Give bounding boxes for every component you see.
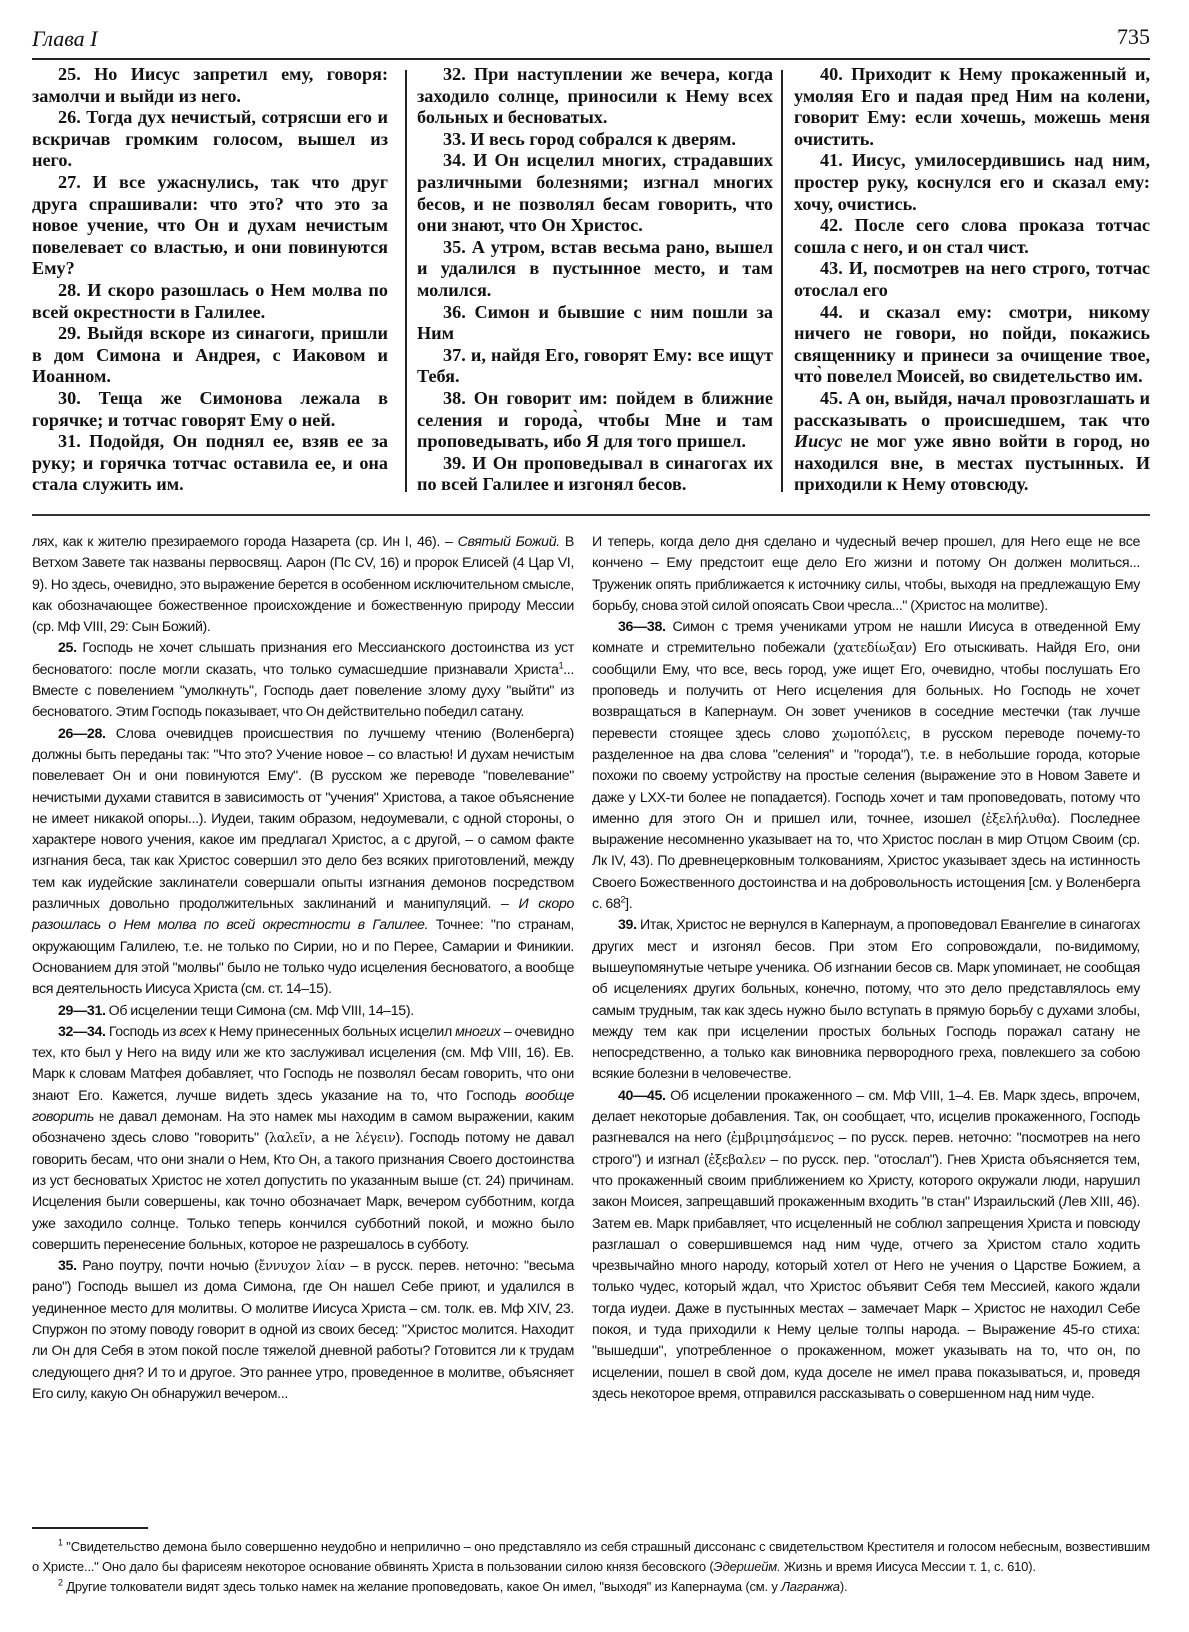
verse: 30. Теща же Симонова лежала в горячке; и… <box>32 388 388 431</box>
commentary-paragraph: 40—45. Об исцелении прокаженного – см. М… <box>592 1086 1140 1405</box>
footnote-rule <box>32 1527 148 1529</box>
scripture-text: 25. Но Иисус запретил ему, говоря: замол… <box>32 64 1150 496</box>
verse: 35. А утром, встав весьма рано, вышел и … <box>417 237 773 302</box>
commentary-paragraph: лях, как к жителю презираемого города На… <box>32 532 574 638</box>
running-header: Глава I 735 <box>32 22 1150 58</box>
commentary-paragraph: 32—34. Господь из всех к Нему принесенны… <box>32 1022 574 1256</box>
verse: 28. И скоро разошлась о Нем молва по все… <box>32 280 388 323</box>
verse: 40. Приходит к Нему прокаженный и, умоля… <box>794 64 1150 150</box>
commentary-paragraph: 35. Рано поутру, почти ночью (ἔννυχον λί… <box>32 1256 574 1405</box>
footnotes: 1 "Свидетельство демона было совершенно … <box>32 1537 1150 1597</box>
verse: 34. И Он исцелил многих, страдавших разл… <box>417 150 773 236</box>
commentary-paragraph: 29—31. Об исцелении тещи Симона (см. Мф … <box>32 1001 574 1022</box>
verse: 25. Но Иисус запретил ему, говоря: замол… <box>32 64 388 107</box>
verse: 32. При наступлении же вечера, когда зах… <box>417 64 773 129</box>
page-number: 735 <box>1117 24 1150 50</box>
commentary-column-right: И теперь, когда дело дня сделано и чудес… <box>592 532 1140 1405</box>
commentary-paragraph: 25. Господь не хочет слышать признания е… <box>32 638 574 723</box>
scripture-column-1: 25. Но Иисус запретил ему, говоря: замол… <box>32 64 388 496</box>
commentary-paragraph: 36—38. Симон с тремя учениками утром не … <box>592 617 1140 915</box>
verse: 44. и сказал ему: смотри, никому ничего … <box>794 302 1150 388</box>
verse: 27. И все ужаснулись, так что друг друга… <box>32 172 388 280</box>
scripture-column-3: 40. Приходит к Нему прокаженный и, умоля… <box>794 64 1150 496</box>
commentary-paragraph: И теперь, когда дело дня сделано и чудес… <box>592 532 1140 617</box>
commentary-paragraph: 26—28. Слова очевидцев происшествия по л… <box>32 724 574 1001</box>
verse: 45. А он, выйдя, начал провозглашать и р… <box>794 388 1150 496</box>
verse: 37. и, найдя Его, говорят Ему: все ищут … <box>417 345 773 388</box>
verse: 39. И Он проповедывал в синагогах их по … <box>417 453 773 496</box>
verse: 29. Выйдя вскоре из синагоги, пришли в д… <box>32 323 388 388</box>
verse: 38. Он говорит им: пойдем в ближние селе… <box>417 388 773 453</box>
chapter-title: Глава I <box>32 26 97 52</box>
commentary-column-left: лях, как к жителю презираемого города На… <box>32 532 574 1405</box>
column-divider <box>781 70 783 492</box>
verse: 31. Подойдя, Он поднял ее, взяв ее за ру… <box>32 431 388 496</box>
commentary-paragraph: 39. Итак, Христос не вернулся в Капернау… <box>592 915 1140 1085</box>
verse: 36. Симон и бывшие с ним пошли за Ним <box>417 302 773 345</box>
verse: 33. И весь город собрался к дверям. <box>417 129 773 151</box>
verse: 41. Иисус, умилосердившись над ним, прос… <box>794 150 1150 215</box>
column-divider <box>405 70 407 492</box>
footnote: 1 "Свидетельство демона было совершенно … <box>32 1537 1150 1577</box>
verse: 43. И, посмотрев на него строго, тотчас … <box>794 258 1150 301</box>
verse: 42. После сего слова проказа тотчас сошл… <box>794 215 1150 258</box>
section-rule <box>32 514 1150 516</box>
footnote: 2 Другие толкователи видят здесь только … <box>32 1577 1150 1597</box>
scripture-column-2: 32. При наступлении же вечера, когда зах… <box>417 64 773 496</box>
header-rule <box>32 58 1150 60</box>
verse: 26. Тогда дух нечистый, сотрясши его и в… <box>32 107 388 172</box>
